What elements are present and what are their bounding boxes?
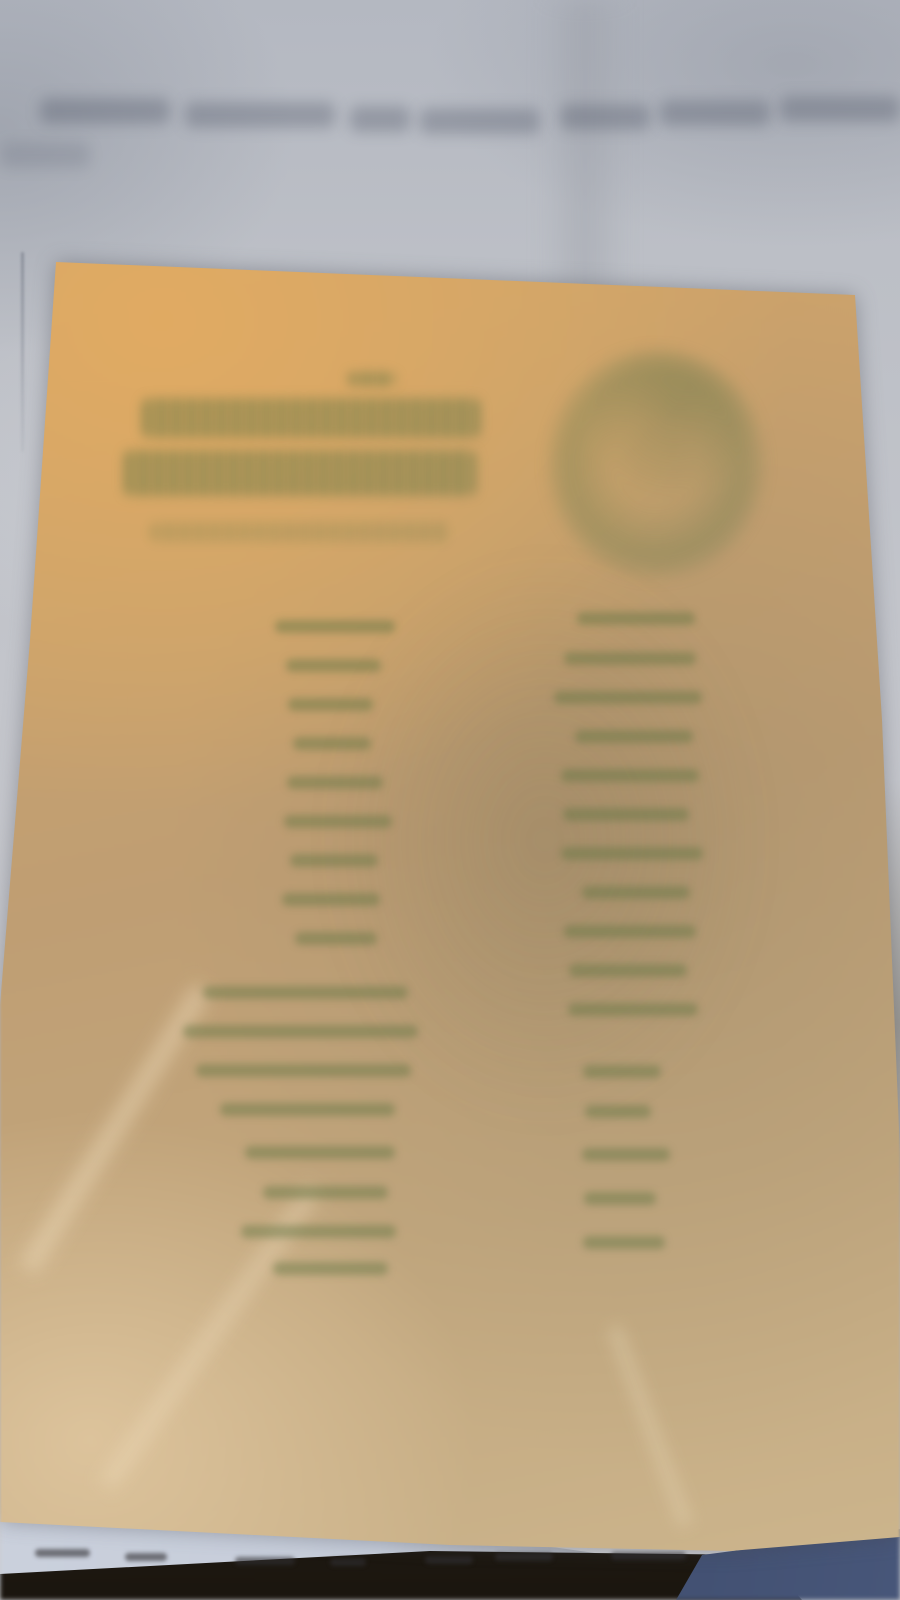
show-through-text-row bbox=[235, 1557, 295, 1565]
show-through-text-row bbox=[495, 1553, 553, 1561]
show-through-text-row bbox=[275, 620, 395, 633]
show-through-text-row bbox=[293, 737, 371, 750]
table-edge-shadow bbox=[0, 0, 900, 1600]
show-through-text-row bbox=[568, 1003, 698, 1016]
show-through-text-row bbox=[660, 100, 770, 126]
show-through-text-row bbox=[295, 932, 377, 945]
show-through-text-row bbox=[583, 1236, 665, 1249]
show-through-text-row bbox=[350, 106, 410, 132]
flyer-paper-wrap bbox=[0, 0, 900, 1600]
show-through-text-row bbox=[124, 450, 476, 496]
under-sheet-edge bbox=[0, 0, 900, 1600]
backdrop-sheet bbox=[0, 0, 900, 1600]
show-through-text-row bbox=[287, 776, 383, 789]
show-through-text-row bbox=[263, 1186, 388, 1199]
paper-crease bbox=[101, 1186, 319, 1489]
paper-shading bbox=[330, 560, 760, 1120]
show-through-text-row bbox=[582, 886, 690, 899]
show-through-text-row bbox=[577, 612, 695, 625]
show-through-text-row bbox=[40, 98, 170, 124]
show-through-text-row bbox=[290, 854, 378, 867]
photo-frame bbox=[0, 0, 900, 1600]
show-through-text-row bbox=[561, 847, 703, 860]
show-through-text-row bbox=[220, 1103, 395, 1116]
show-through-text-row bbox=[183, 1025, 418, 1038]
show-through-text-row bbox=[611, 1552, 686, 1560]
paper-crease bbox=[20, 984, 210, 1273]
circular-emblem-showthrough bbox=[548, 350, 764, 578]
show-through-text-row bbox=[583, 1065, 661, 1078]
show-through-text-row bbox=[425, 1556, 473, 1564]
show-through-text-row bbox=[560, 104, 650, 130]
show-through-text-row bbox=[241, 1225, 396, 1238]
show-through-text-row bbox=[780, 96, 900, 122]
show-through-text-row bbox=[584, 1192, 656, 1205]
show-through-text-row bbox=[563, 808, 689, 821]
flyer-paper-back bbox=[0, 0, 900, 1600]
show-through-text-row bbox=[561, 769, 699, 782]
show-through-text-row bbox=[575, 730, 693, 743]
show-through-text-row bbox=[564, 925, 696, 938]
show-through-text-row bbox=[282, 893, 380, 906]
paper-crease bbox=[608, 1325, 691, 1526]
show-through-text-row bbox=[35, 1549, 90, 1557]
show-through-text-row bbox=[569, 964, 687, 977]
show-through-text-row bbox=[245, 1146, 395, 1159]
show-through-text-row bbox=[330, 1558, 366, 1566]
blue-fabric bbox=[0, 0, 900, 1600]
thread-line bbox=[21, 252, 24, 452]
show-through-text-row bbox=[564, 652, 696, 665]
show-through-text-row bbox=[585, 1105, 651, 1118]
show-through-text-row bbox=[142, 398, 480, 438]
show-through-text-row bbox=[273, 1262, 388, 1275]
show-through-text-row bbox=[0, 142, 90, 168]
show-through-text-row bbox=[203, 986, 408, 999]
show-through-text-row bbox=[125, 1553, 167, 1561]
show-through-text-row bbox=[554, 691, 702, 704]
show-through-text-row bbox=[582, 1148, 670, 1161]
show-through-text-row bbox=[196, 1064, 411, 1077]
show-through-text-row bbox=[185, 102, 335, 128]
show-through-text-row bbox=[348, 372, 396, 386]
show-through-text-row bbox=[150, 522, 450, 542]
show-through-text-row bbox=[420, 108, 540, 134]
show-through-text-row bbox=[286, 659, 381, 672]
show-through-text-row bbox=[284, 815, 392, 828]
show-through-text-row bbox=[288, 698, 373, 711]
backdrop-fold bbox=[540, 0, 630, 760]
